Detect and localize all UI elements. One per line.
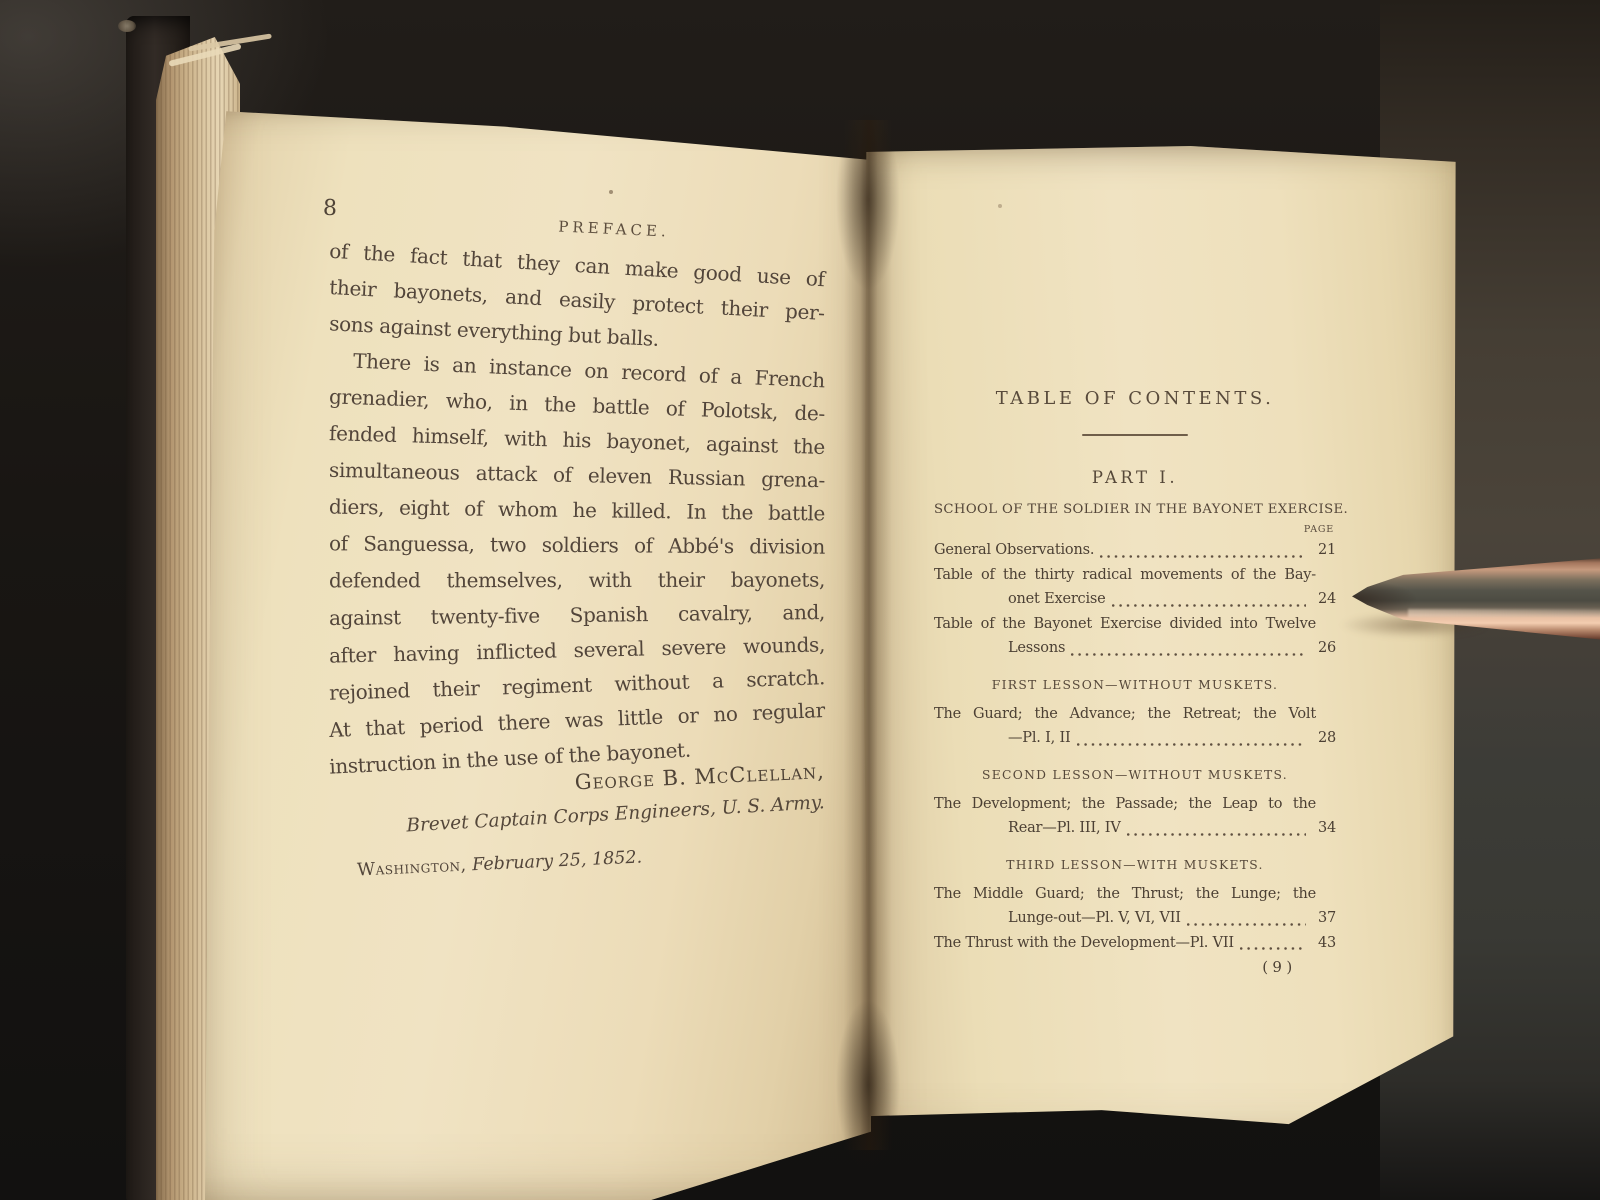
page-column-label: PAGE [1304, 524, 1334, 535]
toc-entry: —Pl. I, II 28 [934, 726, 1336, 751]
toc-entry-text: Lessons [1008, 636, 1065, 661]
dateline: Washington, February 25, 1852. [357, 848, 643, 881]
dot-leader [1076, 742, 1306, 747]
part-heading: PART I. [934, 468, 1336, 487]
dot-leader [1186, 922, 1306, 927]
toc-entry-text: —Pl. I, II [1008, 726, 1071, 751]
toc-entry: Lessons 26 [934, 636, 1336, 661]
toc-rows: General Observations. 21 Table of the th… [934, 538, 1336, 980]
right-page: TABLE OF CONTENTS. PART I. SCHOOL OF THE… [864, 144, 1458, 1140]
toc-entry: Lunge-out—Pl. V, VI, VII 37 [934, 906, 1336, 931]
toc-entry: General Observations. 21 [934, 538, 1336, 563]
dot-leader [1070, 652, 1306, 657]
headband-tip [118, 20, 136, 32]
lesson-heading: THIRD LESSON—WITH MUSKETS. [934, 857, 1336, 874]
toc-entry-page: 34 [1310, 816, 1336, 841]
toc-entry-page: 21 [1310, 538, 1336, 563]
toc-entry-text: onet Exercise [1008, 587, 1106, 612]
dot-leader [1126, 832, 1306, 837]
lesson-heading: SECOND LESSON—WITHOUT MUSKETS. [934, 767, 1336, 784]
dateline-date: February 25, 1852. [466, 848, 642, 876]
toc-entry-page: 37 [1310, 906, 1336, 931]
toc-entry-page: 26 [1310, 636, 1336, 661]
toc-entry-text: Lunge-out—Pl. V, VI, VII [1008, 906, 1181, 931]
toc-entry-page: 28 [1310, 726, 1336, 751]
toc-entry-page: 43 [1310, 931, 1336, 956]
left-page-number: 8 [323, 196, 338, 221]
part-subtitle: SCHOOL OF THE SOLDIER IN THE BAYONET EXE… [934, 502, 1336, 517]
title-rule [1082, 434, 1188, 436]
table-of-contents: TABLE OF CONTENTS. PART I. SCHOOL OF THE… [934, 144, 1336, 1140]
text-line: of Sanguessa, two soldiers of Abbé's div… [329, 526, 825, 564]
left-page: 8 PREFACE. of the fact that they can mak… [205, 98, 871, 1200]
dateline-place: Washington, [357, 856, 467, 881]
dot-leader [1111, 603, 1306, 608]
toc-entry-text: The Development; the Passade; the Leap t… [934, 792, 1316, 817]
toc-entry-text: The Guard; the Advance; the Retreat; the… [934, 702, 1316, 727]
toc-entry-text: The Middle Guard; the Thrust; the Lunge;… [934, 882, 1316, 907]
toc-entry: The Thrust with the Development—Pl. VII … [934, 931, 1336, 956]
toc-entry: onet Exercise 24 [934, 587, 1336, 612]
toc-entry-text: Rear—Pl. III, IV [1008, 816, 1121, 841]
text-line: diers, eight of whom he killed. In the b… [329, 490, 825, 532]
text-line: defended themselves, with their bayonets… [329, 563, 825, 599]
toc-entry-text: Table of the thirty radical movements of… [934, 563, 1316, 588]
open-book-photo: 8 PREFACE. of the fact that they can mak… [0, 0, 1600, 1200]
toc-entry-text: The Thrust with the Development—Pl. VII [934, 931, 1234, 956]
toc-entry-page: 24 [1310, 587, 1336, 612]
toc-entry: Rear—Pl. III, IV 34 [934, 816, 1336, 841]
dot-leader [1239, 946, 1306, 951]
toc-entry-text: General Observations. [934, 538, 1094, 563]
gutter-shadow-top [836, 110, 900, 290]
dot-leader [1099, 554, 1306, 559]
gutter-shadow-bottom [836, 1000, 900, 1170]
right-page-number: ( 9 ) [934, 958, 1336, 980]
toc-title: TABLE OF CONTENTS. [934, 388, 1336, 409]
toc-entry-text: Table of the Bayonet Exercise divided in… [934, 612, 1316, 637]
lesson-heading: FIRST LESSON—WITHOUT MUSKETS. [934, 677, 1336, 694]
preface-body: of the fact that they can make good use … [329, 248, 825, 773]
paper-speck [609, 190, 613, 194]
